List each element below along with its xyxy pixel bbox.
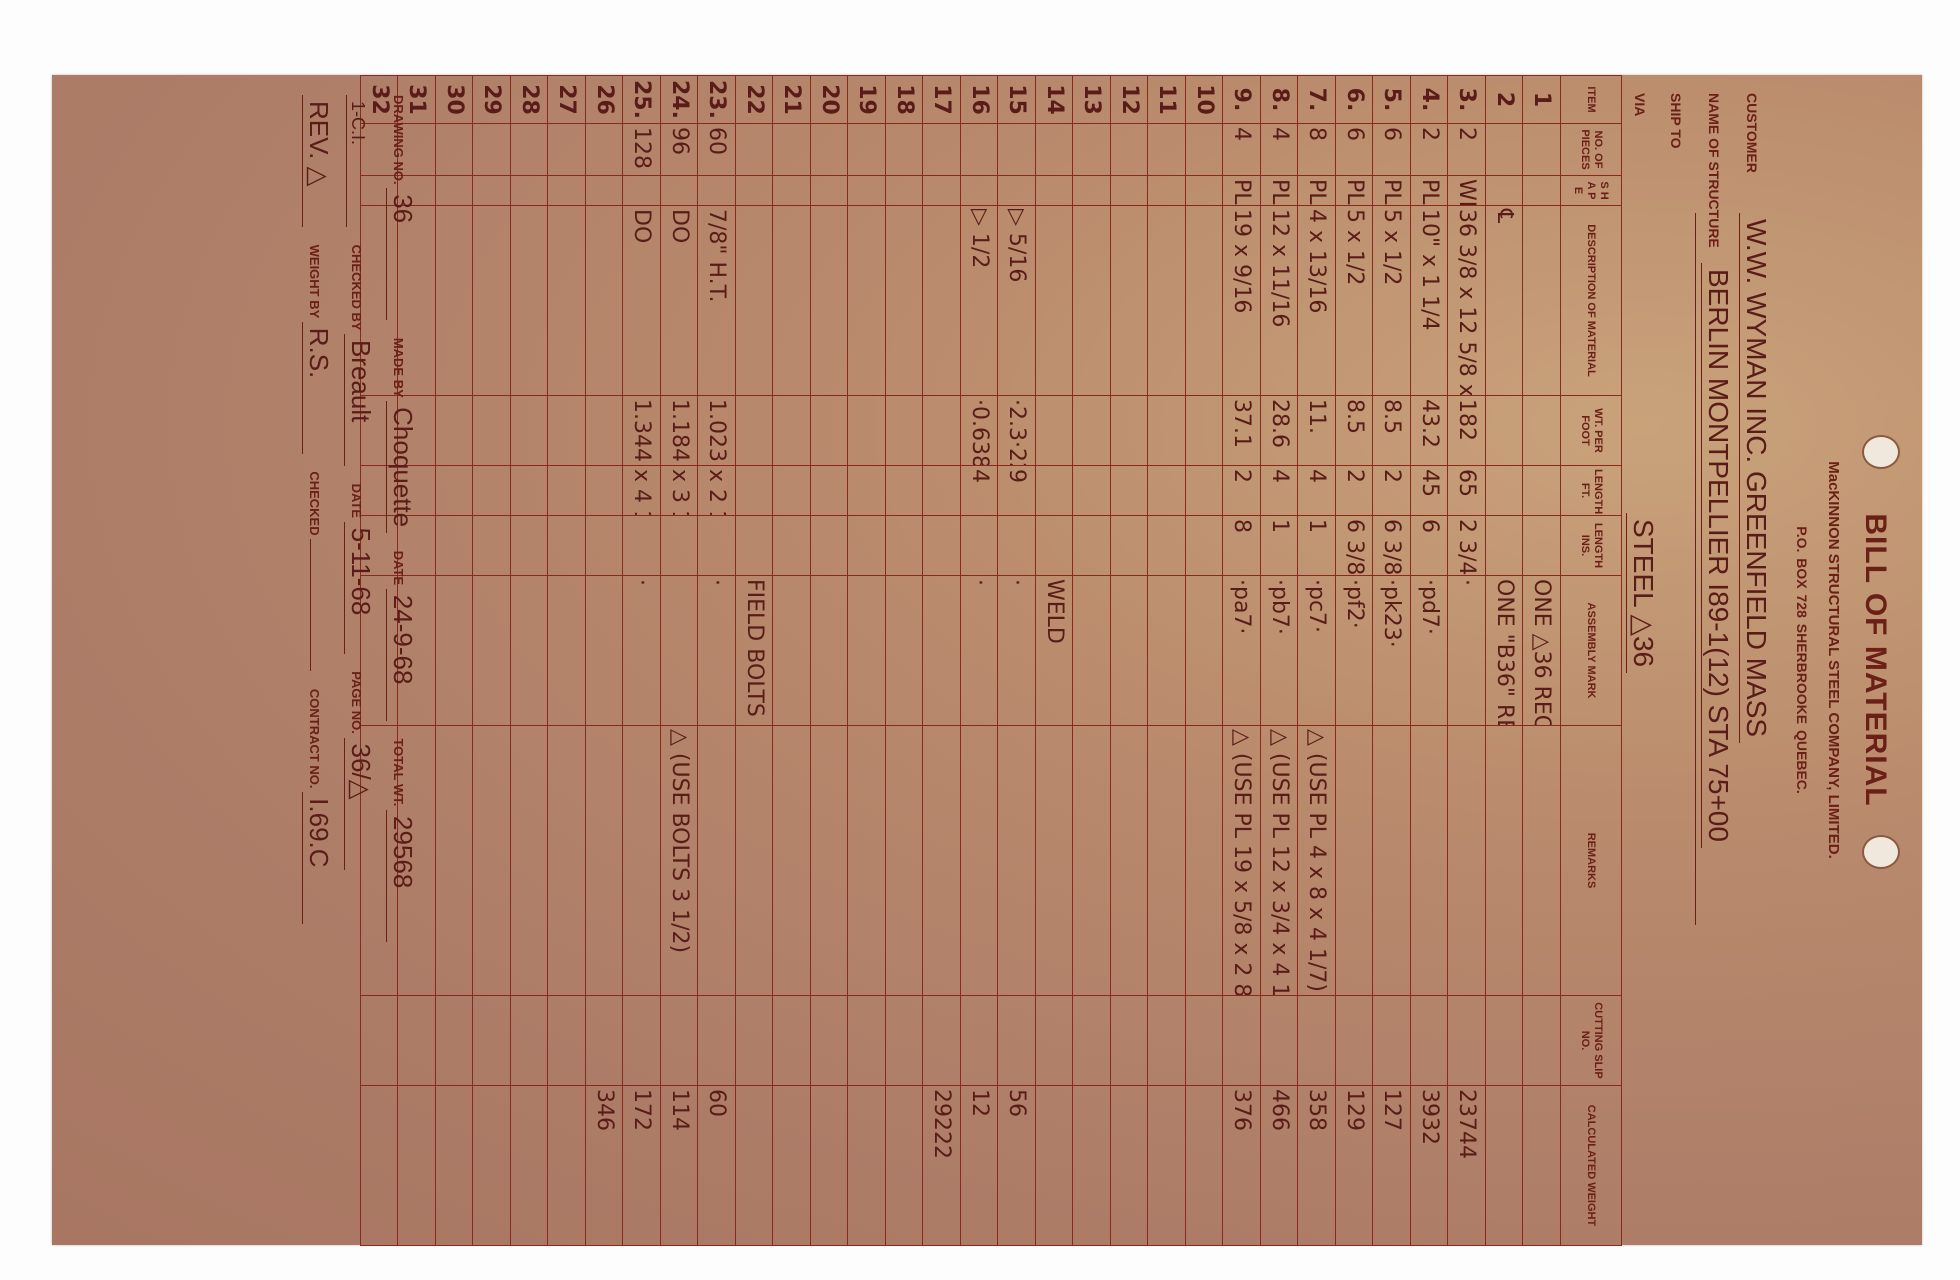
cell-slip [1298, 996, 1336, 1086]
cell-mark: ·pc7· [1298, 576, 1336, 726]
cell-wt [1486, 396, 1524, 466]
cell-ft [1148, 466, 1186, 516]
cell-remarks [736, 726, 774, 996]
cell-ft [1186, 466, 1224, 516]
cell-wt [1111, 396, 1149, 466]
cell-shape [586, 176, 624, 206]
cell-pieces: 4 [1261, 124, 1299, 176]
cell-wt [886, 396, 924, 466]
cell-slip [923, 996, 961, 1086]
cell-slip [1336, 996, 1374, 1086]
cell-ft [511, 466, 549, 516]
cell-ins [1186, 516, 1224, 576]
cell-ins [1486, 516, 1524, 576]
cell-remarks [548, 726, 586, 996]
cell-pieces: 6 [1373, 124, 1411, 176]
cell-ins: 6 [1411, 516, 1449, 576]
cell-ins [511, 516, 549, 576]
cell-ins [1111, 516, 1149, 576]
cell-ins: 8 [1223, 516, 1261, 576]
cell-pieces [1036, 124, 1074, 176]
customer-value: W.W. WYMAN INC. GREENFIELD MASS [1739, 213, 1772, 743]
footer-row-2: 1-C.I. CHECKED BY Breault DATE 5-11-68 P… [344, 95, 376, 884]
cell-wt: 1.184 [661, 396, 699, 466]
cell-slip [1261, 996, 1299, 1086]
cell-ins [773, 516, 811, 576]
cell-pieces: 128 [623, 124, 661, 176]
cell-remarks [1036, 726, 1074, 996]
cell-item: 5. [1373, 76, 1411, 124]
cell-shape: WF [1448, 176, 1486, 206]
cell-desc [1073, 206, 1111, 396]
col-header: WT. PER FOOT [1561, 396, 1622, 466]
cell-item: 28 [511, 76, 549, 124]
cell-desc [1523, 206, 1561, 396]
cell-pieces [736, 124, 774, 176]
cell-wt [923, 396, 961, 466]
cell-wt [586, 396, 624, 466]
cell-desc: ▷ 1/2 [961, 206, 999, 396]
cell-shape [1148, 176, 1186, 206]
cell-slip [1186, 996, 1224, 1086]
cell-ft: 2 [1373, 466, 1411, 516]
cell-pieces: 60 [698, 124, 736, 176]
cell-calc [1148, 1086, 1186, 1246]
cell-shape [961, 176, 999, 206]
table-row: 24.96DO1.184x 3 1/4△ (USE BOLTS 3 1/2)11… [661, 76, 699, 1246]
table-row: 7.8PL4 x 13/1611.41·pc7·△ (USE PL 4 x 8 … [1298, 76, 1336, 1246]
cell-desc: 10" x 1 1/4 [1411, 206, 1449, 396]
cell-ins [1073, 516, 1111, 576]
cell-calc: 172 [623, 1086, 661, 1246]
cell-pieces [586, 124, 624, 176]
cell-shape [436, 176, 474, 206]
col-header: ASSEMBLY MARK [1561, 576, 1622, 726]
cell-ft [1073, 466, 1111, 516]
cell-slip [1486, 996, 1524, 1086]
cell-pieces [436, 124, 474, 176]
cell-pieces [998, 124, 1036, 176]
cell-item: 16 [961, 76, 999, 124]
table-row: 23.607/8" H.T.1.023x 2 1/4·60 [698, 76, 736, 1246]
col-header: DESCRIPTION OF MATERIAL [1561, 206, 1622, 396]
cell-remarks: △ (USE PL 12 x 3/4 x 4 1/7) [1261, 726, 1299, 996]
cell-slip [1073, 996, 1111, 1086]
cell-remarks [698, 726, 736, 996]
cell-pieces [1523, 124, 1561, 176]
cell-shape: PL [1336, 176, 1374, 206]
cell-slip [623, 996, 661, 1086]
cell-desc [848, 206, 886, 396]
cell-item: 1 [1523, 76, 1561, 124]
cell-shape: PL [1298, 176, 1336, 206]
cell-desc [1036, 206, 1074, 396]
cell-mark: ·pb7· [1261, 576, 1299, 726]
cell-shape [623, 176, 661, 206]
cell-calc: 114 [661, 1086, 699, 1246]
cell-item: 22 [736, 76, 774, 124]
cell-slip [848, 996, 886, 1086]
table-row: 18 [886, 76, 924, 1246]
cell-ins [811, 516, 849, 576]
form-footer: DRAWING NO. 36 MADE BY Choquette DATE 24… [52, 75, 432, 1245]
cell-remarks [1373, 726, 1411, 996]
cell-ft: x 2 1/4 [698, 466, 736, 516]
cell-mark [511, 576, 549, 726]
via-field: VIA STEEL △36 [1632, 93, 1648, 116]
cell-calc: 23744 [1448, 1086, 1486, 1246]
cell-mark: · [623, 576, 661, 726]
table-row: 10 [1186, 76, 1224, 1246]
table-body: 1ONE △36 REQ'D2℄ONE "B36" REQ'D3.2WF36 3… [361, 76, 1561, 1246]
cell-calc: 56 [998, 1086, 1036, 1246]
cell-remarks [1073, 726, 1111, 996]
cell-mark [773, 576, 811, 726]
cell-ins [436, 516, 474, 576]
cell-ins [848, 516, 886, 576]
cell-pieces [886, 124, 924, 176]
cell-wt: 8.5 [1373, 396, 1411, 466]
cell-remarks [961, 726, 999, 996]
structure-value: BERLIN MONTPELLIER I89-1(12) STA 75+00 [1701, 263, 1734, 848]
cell-wt [436, 396, 474, 466]
cell-desc: 36 3/8 x 12 5/8 x 3/4 [1448, 206, 1486, 396]
cell-wt [1523, 396, 1561, 466]
cell-item: 6. [1336, 76, 1374, 124]
cell-mark: ·pf2· [1336, 576, 1374, 726]
table-row: 5.6PL5 x 1/28.526 3/8·pk23·127 [1373, 76, 1411, 1246]
cell-ins [661, 516, 699, 576]
cell-item: 7. [1298, 76, 1336, 124]
cell-desc: DO [623, 206, 661, 396]
cell-item: 24. [661, 76, 699, 124]
table-row: 22FIELD BOLTS [736, 76, 774, 1246]
checked-by: Breault [344, 334, 376, 466]
cell-wt: 1.023 [698, 396, 736, 466]
cell-pieces [548, 124, 586, 176]
cell-pieces [961, 124, 999, 176]
cell-ft: 9 [998, 466, 1036, 516]
cell-mark: · [961, 576, 999, 726]
cell-mark: · [998, 576, 1036, 726]
cell-calc [1036, 1086, 1074, 1246]
cell-shape [1486, 176, 1524, 206]
cell-shape [736, 176, 774, 206]
cell-ins [886, 516, 924, 576]
cell-mark [811, 576, 849, 726]
cell-item: 23. [698, 76, 736, 124]
bill-of-material-sheet: BILL OF MATERIAL MacKINNON STRUCTURAL ST… [52, 75, 1922, 1245]
cell-slip [1523, 996, 1561, 1086]
cell-shape [1036, 176, 1074, 206]
cell-desc [1111, 206, 1149, 396]
checked-date: 5-11-68 [344, 522, 376, 654]
cell-slip [436, 996, 474, 1086]
cell-ft [886, 466, 924, 516]
cell-calc [773, 1086, 811, 1246]
cell-calc: 358 [1298, 1086, 1336, 1246]
cell-ft: 4 [1261, 466, 1299, 516]
cell-item: 10 [1186, 76, 1224, 124]
cell-item: 13 [1073, 76, 1111, 124]
cell-pieces: 8 [1298, 124, 1336, 176]
cell-ins [998, 516, 1036, 576]
cell-slip [473, 996, 511, 1086]
cell-ft: 65 [1448, 466, 1486, 516]
cell-remarks [1148, 726, 1186, 996]
form-title: BILL OF MATERIAL [1858, 75, 1892, 1245]
cell-remarks [848, 726, 886, 996]
cell-shape [848, 176, 886, 206]
cell-desc [886, 206, 924, 396]
cell-calc: 12 [961, 1086, 999, 1246]
page-no: 36/△ [344, 738, 376, 870]
cell-ins [698, 516, 736, 576]
cell-pieces [1486, 124, 1524, 176]
cell-remarks [773, 726, 811, 996]
cell-shape: PL [1411, 176, 1449, 206]
cell-ft [1111, 466, 1149, 516]
cell-pieces: 4 [1223, 124, 1261, 176]
cell-desc: ▷ 5/16 [998, 206, 1036, 396]
ship-to-value [1695, 213, 1696, 925]
footer-row-1: DRAWING NO. 36 MADE BY Choquette DATE 24… [386, 95, 418, 956]
cell-ins: 6 3/8 [1373, 516, 1411, 576]
cell-wt [1036, 396, 1074, 466]
table-row: 27 [548, 76, 586, 1246]
table-row: 14WELD [1036, 76, 1074, 1246]
cell-remarks [886, 726, 924, 996]
cell-ins [736, 516, 774, 576]
cell-item: 8. [1261, 76, 1299, 124]
cell-wt: ·0.638·20 [961, 396, 999, 466]
table-row: 11 [1148, 76, 1186, 1246]
cell-mark [886, 576, 924, 726]
col-header: CUTTING SLIP NO. [1561, 996, 1622, 1086]
company-address: P.O. BOX 728 SHERBROOKE QUEBEC. [1794, 75, 1810, 1245]
cell-slip [886, 996, 924, 1086]
cell-desc [511, 206, 549, 396]
table-row: 21 [773, 76, 811, 1246]
cell-desc [473, 206, 511, 396]
ship-to-field: SHIP TO [1668, 93, 1684, 149]
table-row: 3.2WF36 3/8 x 12 5/8 x 3/4182652 3/4·237… [1448, 76, 1486, 1246]
cell-remarks [1448, 726, 1486, 996]
cell-mark: ONE "B36" REQ'D [1486, 576, 1524, 726]
col-header: ITEM [1561, 76, 1622, 124]
cell-ft [1523, 466, 1561, 516]
total-weight: 29568 [386, 810, 418, 942]
cell-desc: DO [661, 206, 699, 396]
customer-field: CUSTOMER W.W. WYMAN INC. GREENFIELD MASS [1744, 93, 1760, 173]
cell-shape [923, 176, 961, 206]
cell-pieces [923, 124, 961, 176]
cell-slip [511, 996, 549, 1086]
cell-ins: 6 3/8 [1336, 516, 1374, 576]
cell-ins: 2 3/4 [1448, 516, 1486, 576]
cell-calc [1111, 1086, 1149, 1246]
cell-ins [1036, 516, 1074, 576]
table-row: 9.4PL19 x 9/1637.128·pa7·△ (USE PL 19 x … [1223, 76, 1261, 1246]
cell-desc: ℄ [1486, 206, 1524, 396]
cell-mark [1186, 576, 1224, 726]
footer-row-3: REV. △ WEIGHT BY R.S. CHECKED CONTRACT N… [302, 95, 334, 938]
cell-wt: ·2.3·226 [998, 396, 1036, 466]
weight-by: R.S. [302, 322, 334, 454]
table-row: 28 [511, 76, 549, 1246]
cell-shape [1523, 176, 1561, 206]
col-header: REMARKS [1561, 726, 1622, 996]
cell-item: 17 [923, 76, 961, 124]
cell-slip [773, 996, 811, 1086]
cell-slip [1411, 996, 1449, 1086]
drawing-sub: 1-C.I. [346, 95, 368, 227]
cell-pieces [1186, 124, 1224, 176]
cell-desc: 4 x 13/16 [1298, 206, 1336, 396]
cell-mark [1148, 576, 1186, 726]
cell-ft [473, 466, 511, 516]
cell-mark: ·pk23· [1373, 576, 1411, 726]
cell-mark [473, 576, 511, 726]
cell-shape [1186, 176, 1224, 206]
cell-calc [511, 1086, 549, 1246]
cell-slip [1448, 996, 1486, 1086]
cell-calc: 29222 [923, 1086, 961, 1246]
col-header: S H A P E [1561, 176, 1622, 206]
table-row: 2℄ONE "B36" REQ'D [1486, 76, 1524, 1246]
checked [310, 539, 311, 671]
cell-calc: 129 [1336, 1086, 1374, 1246]
table-row: 1ONE △36 REQ'D [1523, 76, 1561, 1246]
cell-ft [736, 466, 774, 516]
cell-shape [773, 176, 811, 206]
cell-calc: 3932 [1411, 1086, 1449, 1246]
cell-calc [848, 1086, 886, 1246]
cell-ft [811, 466, 849, 516]
cell-item: 25. [623, 76, 661, 124]
cell-wt [1148, 396, 1186, 466]
cell-wt: 37.1 [1223, 396, 1261, 466]
form-header: BILL OF MATERIAL MacKINNON STRUCTURAL ST… [1622, 75, 1922, 1245]
cell-desc: 5 x 1/2 [1336, 206, 1374, 396]
cell-remarks [1111, 726, 1149, 996]
cell-remarks [998, 726, 1036, 996]
cell-wt: 182 [1448, 396, 1486, 466]
structure-field: NAME OF STRUCTURE BERLIN MONTPELLIER I89… [1706, 93, 1722, 248]
made-by: Choquette [386, 401, 418, 533]
cell-desc: 12 x 11/16 [1261, 206, 1299, 396]
cell-shape: PL [1261, 176, 1299, 206]
made-date: 24-9-68 [386, 589, 418, 721]
cell-item: 27 [548, 76, 586, 124]
cell-item: 19 [848, 76, 886, 124]
revision: REV. △ [302, 95, 334, 227]
cell-wt: 8.5 [1336, 396, 1374, 466]
cell-ins [623, 516, 661, 576]
cell-calc: 60 [698, 1086, 736, 1246]
cell-mark [548, 576, 586, 726]
cell-wt: 1.344 [623, 396, 661, 466]
cell-item: 18 [886, 76, 924, 124]
table-row: 29 [473, 76, 511, 1246]
cell-desc [586, 206, 624, 396]
cell-pieces: 6 [1336, 124, 1374, 176]
cell-ins: 1 [1298, 516, 1336, 576]
table-row: 8.4PL12 x 11/1628.641·pb7·△ (USE PL 12 x… [1261, 76, 1299, 1246]
cell-calc [1486, 1086, 1524, 1246]
cell-item: 2 [1486, 76, 1524, 124]
cell-shape: PL [1373, 176, 1411, 206]
cell-mark: ·pd7· [1411, 576, 1449, 726]
cell-shape [811, 176, 849, 206]
cell-ft: x 3 1/4 [661, 466, 699, 516]
cell-wt [473, 396, 511, 466]
cell-remarks [811, 726, 849, 996]
table-row: 30 [436, 76, 474, 1246]
cell-ft [548, 466, 586, 516]
cell-calc: 346 [586, 1086, 624, 1246]
table-row: 19 [848, 76, 886, 1246]
cell-mark: ONE △36 REQ'D [1523, 576, 1561, 726]
cell-shape [473, 176, 511, 206]
cell-ft [773, 466, 811, 516]
cell-ft: 4 [1298, 466, 1336, 516]
cell-ins [548, 516, 586, 576]
cell-remarks [1186, 726, 1224, 996]
table-row: 6.6PL5 x 1/28.526 3/8·pf2·129 [1336, 76, 1374, 1246]
cell-pieces [848, 124, 886, 176]
cell-remarks [623, 726, 661, 996]
cell-pieces [1111, 124, 1149, 176]
cell-remarks [586, 726, 624, 996]
cell-remarks [473, 726, 511, 996]
cell-calc [736, 1086, 774, 1246]
cell-shape [1111, 176, 1149, 206]
cell-pieces: 2 [1448, 124, 1486, 176]
cell-shape [886, 176, 924, 206]
cell-item: 21 [773, 76, 811, 124]
cell-desc [1186, 206, 1224, 396]
cell-mark [661, 576, 699, 726]
cell-desc: 19 x 9/16 [1223, 206, 1261, 396]
cell-slip [736, 996, 774, 1086]
cell-remarks [436, 726, 474, 996]
cell-mark [1111, 576, 1149, 726]
cell-slip [1036, 996, 1074, 1086]
cell-desc: 7/8" H.T. [698, 206, 736, 396]
cell-item: 9. [1223, 76, 1261, 124]
company-name: MacKINNON STRUCTURAL STEEL COMPANY, LIMI… [1825, 75, 1842, 1245]
cell-ft: 4 [961, 466, 999, 516]
cell-desc: 5 x 1/2 [1373, 206, 1411, 396]
table-row: 26346 [586, 76, 624, 1246]
cell-remarks: △ (USE PL 19 x 5/8 x 2 8) [1223, 726, 1261, 996]
cell-ins [961, 516, 999, 576]
cell-wt [1073, 396, 1111, 466]
cell-calc: 127 [1373, 1086, 1411, 1246]
contract-no: I.69.C [302, 792, 334, 924]
cell-mark [848, 576, 886, 726]
cell-remarks: △ (USE BOLTS 3 1/2) [661, 726, 699, 996]
cell-item: 11 [1148, 76, 1186, 124]
cell-shape [511, 176, 549, 206]
cell-ins [1523, 516, 1561, 576]
cell-calc [1073, 1086, 1111, 1246]
cell-calc [886, 1086, 924, 1246]
cell-item: 12 [1111, 76, 1149, 124]
cell-slip [548, 996, 586, 1086]
cell-mark: FIELD BOLTS [736, 576, 774, 726]
